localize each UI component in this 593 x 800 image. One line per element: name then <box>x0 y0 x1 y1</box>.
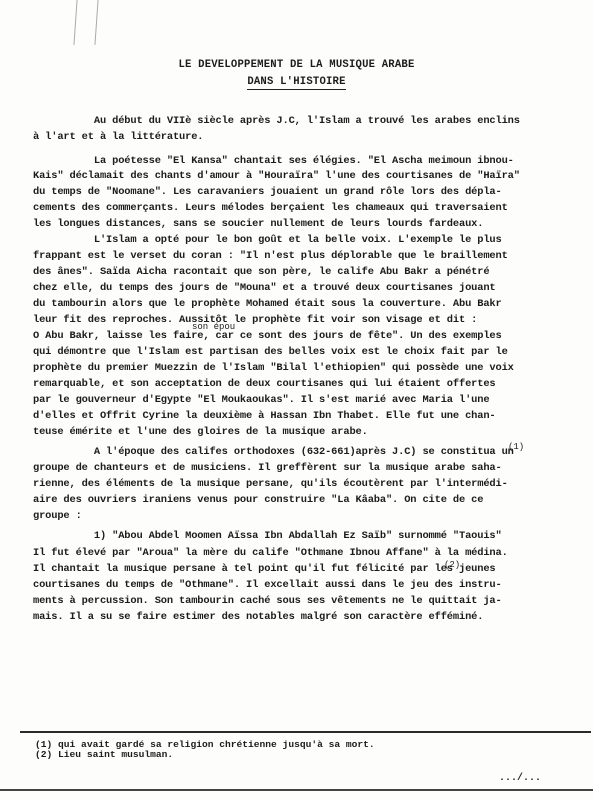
text-line: aire des ouvriers iraniens venus pour co… <box>33 494 483 506</box>
scan-artifact <box>73 0 77 45</box>
text-line: Il chantait la musique persane à tel poi… <box>33 563 496 575</box>
page-edge <box>0 789 593 791</box>
text-line: à l'art et à la littérature. <box>33 131 203 143</box>
text-line: 1) "Abou Abdel Moomen Aïssa Ibn Abdallah… <box>33 530 502 542</box>
text-line: O Abu Bakr, laisse les faire, car ce son… <box>33 330 502 342</box>
text-line: des ânes". Saïda Aicha racontait que son… <box>33 266 489 278</box>
text-line: groupe : <box>33 510 82 522</box>
footnote-2: (2) Lieu saint musulman. <box>35 750 173 760</box>
footnote-separator <box>20 731 591 733</box>
scanned-page: LE DEVELOPPEMENT DE LA MUSIQUE ARABE DAN… <box>0 0 593 800</box>
text-line: courtisanes du temps de "Othmane". Il ex… <box>33 579 502 591</box>
text-line: Au début du VIIè siècle après J.C, l'Isl… <box>33 115 520 127</box>
interlinear-insert: son épou <box>192 322 235 332</box>
text-line: frappant est le verset du coran : "Il n'… <box>33 250 508 262</box>
text-line: mais. Il a su se faire estimer des notab… <box>33 611 483 623</box>
text-line: leur fit des reproches. Aussitôt le prop… <box>33 314 477 326</box>
text-line: rienne, des éléments de la musique persa… <box>33 478 508 490</box>
text-line: cements des commerçants. Leurs mélodes b… <box>33 202 508 214</box>
text-line: La poétesse "El Kansa" chantait ses élég… <box>33 155 514 167</box>
text-line: du tambourin alors que le prophète Moham… <box>33 298 502 310</box>
text-line: les longues distances, sans se soucier n… <box>33 218 483 230</box>
text-line: par le gouverneur d'Egypte "El Moukaouka… <box>33 394 489 406</box>
text-line: Kais" déclamait des chants d'amour à "Ho… <box>33 170 520 182</box>
text-line: remarquable, et son acceptation de deux … <box>33 378 496 390</box>
text-line: teuse émérite et l'une des gloires de la… <box>33 426 368 438</box>
text-line: chez elle, du temps des jours de "Mouna"… <box>33 282 496 294</box>
document-subtitle: DANS L'HISTOIRE <box>0 76 593 88</box>
footnote-marker-1: (1) <box>508 442 524 452</box>
continuation-mark: .../... <box>499 773 541 784</box>
scan-artifact <box>94 0 98 45</box>
text-line: Il fut élevé par "Aroua" la mère du cali… <box>33 547 508 559</box>
text-line: prophète du premier Muezzin de l'Islam "… <box>33 362 514 374</box>
footnote-marker-2: (2) <box>444 560 460 570</box>
text-line: qui démontre que l'Islam est partisan de… <box>33 346 508 358</box>
document-subtitle-text: DANS L'HISTOIRE <box>247 76 345 90</box>
text-line: A l'époque des califes orthodoxes (632-6… <box>33 446 514 458</box>
text-line: L'Islam a opté pour le bon goût et la be… <box>33 234 502 246</box>
document-title: LE DEVELOPPEMENT DE LA MUSIQUE ARABE <box>0 59 593 71</box>
text-line: ments à percussion. Son tambourin caché … <box>33 595 502 607</box>
text-line: d'elles et Offrit Cyrine la deuxième à H… <box>33 410 496 422</box>
text-line: groupe de chanteurs et de musiciens. Il … <box>33 462 502 474</box>
text-line: du temps de "Noomane". Les caravaniers j… <box>33 186 502 198</box>
